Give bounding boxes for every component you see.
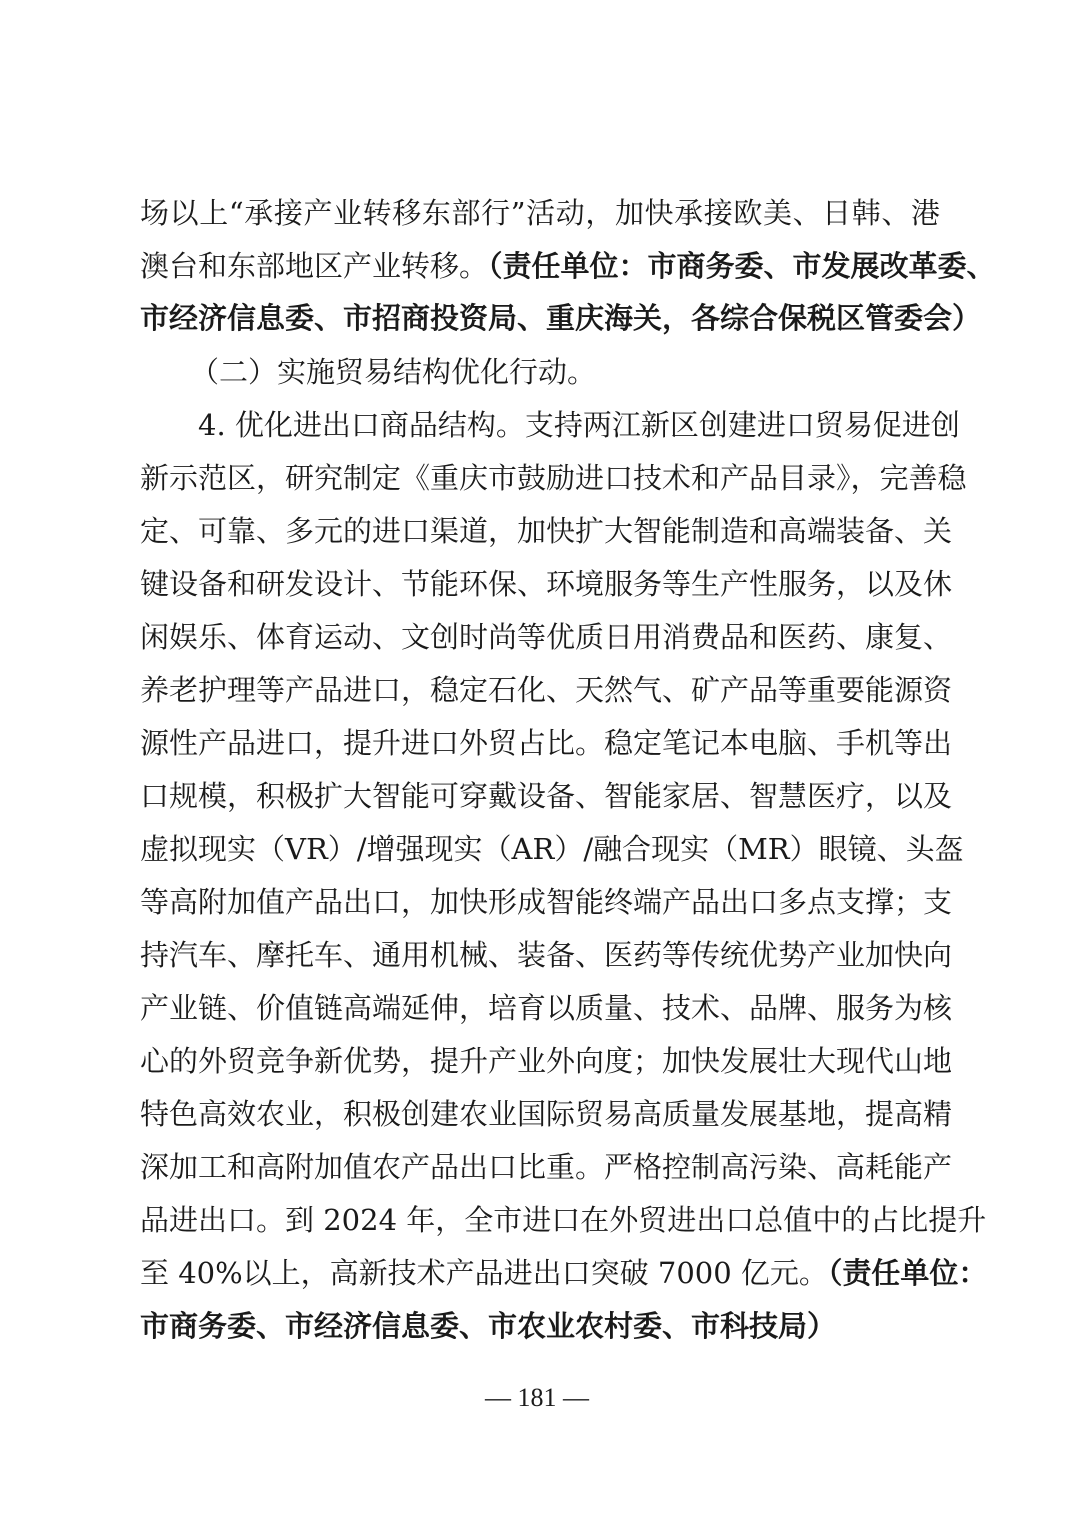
paragraph-line: 品进出口。到 2024 年，全市进口在外贸进出口总值中的占比提升	[140, 1200, 940, 1240]
paragraph-line: 源性产品进口，提升进口外贸占比。稳定笔记本电脑、手机等出	[140, 723, 940, 763]
responsibility-units: （责任单位：市商务委、市发展改革委、	[488, 249, 996, 283]
paragraph-line: 场以上“承接产业转移东部行”活动，加快承接欧美、日韩、港	[140, 193, 940, 233]
paragraph-line: 至 40%以上，高新技术产品进出口突破 7000 亿元。（责任单位：	[140, 1253, 940, 1293]
responsibility-label: （责任单位：	[828, 1256, 988, 1290]
paragraph-line: 4. 优化进出口商品结构。支持两江新区创建进口贸易促进创	[198, 405, 940, 445]
document-page: 场以上“承接产业转移东部行”活动，加快承接欧美、日韩、港 澳台和东部地区产业转移…	[0, 0, 1074, 1520]
responsibility-units-line: 市商务委、市经济信息委、市农业农村委、市科技局）	[140, 1306, 940, 1346]
page-number: — 181 —	[0, 1380, 1074, 1416]
paragraph-line: 持汽车、摩托车、通用机械、装备、医药等传统优势产业加快向	[140, 935, 940, 975]
section-heading: （二）实施贸易结构优化行动。	[190, 352, 932, 392]
responsibility-units: 市经济信息委、市招商投资局、重庆海关，各综合保税区管委会）	[140, 301, 981, 335]
paragraph-line: 键设备和研发设计、节能环保、环境服务等生产性服务，以及休	[140, 564, 940, 604]
paragraph-line: 深加工和高附加值农产品出口比重。严格控制高污染、高耗能产	[140, 1147, 940, 1187]
paragraph-line: 产业链、价值链高端延伸，培育以质量、技术、品牌、服务为核	[140, 988, 940, 1028]
text-run: 场以上“承接产业转移东部行”活动，加快承接欧美、日韩、港	[140, 196, 940, 230]
paragraph-line: 闲娱乐、体育运动、文创时尚等优质日用消费品和医药、康复、	[140, 617, 940, 657]
paragraph-line: 特色高效农业，积极创建农业国际贸易高质量发展基地，提高精	[140, 1094, 940, 1134]
paragraph-line: 虚拟现实（VR）/增强现实（AR）/融合现实（MR）眼镜、头盔	[140, 829, 940, 869]
paragraph-line: 新示范区，研究制定《重庆市鼓励进口技术和产品目录》，完善稳	[140, 458, 940, 498]
paragraph-line: 等高附加值产品出口，加快形成智能终端产品出口多点支撑；支	[140, 882, 940, 922]
paragraph-line: 心的外贸竞争新优势，提升产业外向度；加快发展壮大现代山地	[140, 1041, 940, 1081]
text-run: 澳台和东部地区产业转移。	[140, 249, 488, 283]
paragraph-line: 口规模，积极扩大智能可穿戴设备、智能家居、智慧医疗，以及	[140, 776, 940, 816]
paragraph-line: 养老护理等产品进口，稳定石化、天然气、矿产品等重要能源资	[140, 670, 940, 710]
responsibility-units-line: 市经济信息委、市招商投资局、重庆海关，各综合保税区管委会）	[140, 298, 940, 338]
text-run: 至 40%以上，高新技术产品进出口突破 7000 亿元。	[140, 1256, 828, 1290]
paragraph-line: 定、可靠、多元的进口渠道，加快扩大智能制造和高端装备、关	[140, 511, 940, 551]
paragraph-line: 澳台和东部地区产业转移。（责任单位：市商务委、市发展改革委、	[140, 246, 940, 286]
